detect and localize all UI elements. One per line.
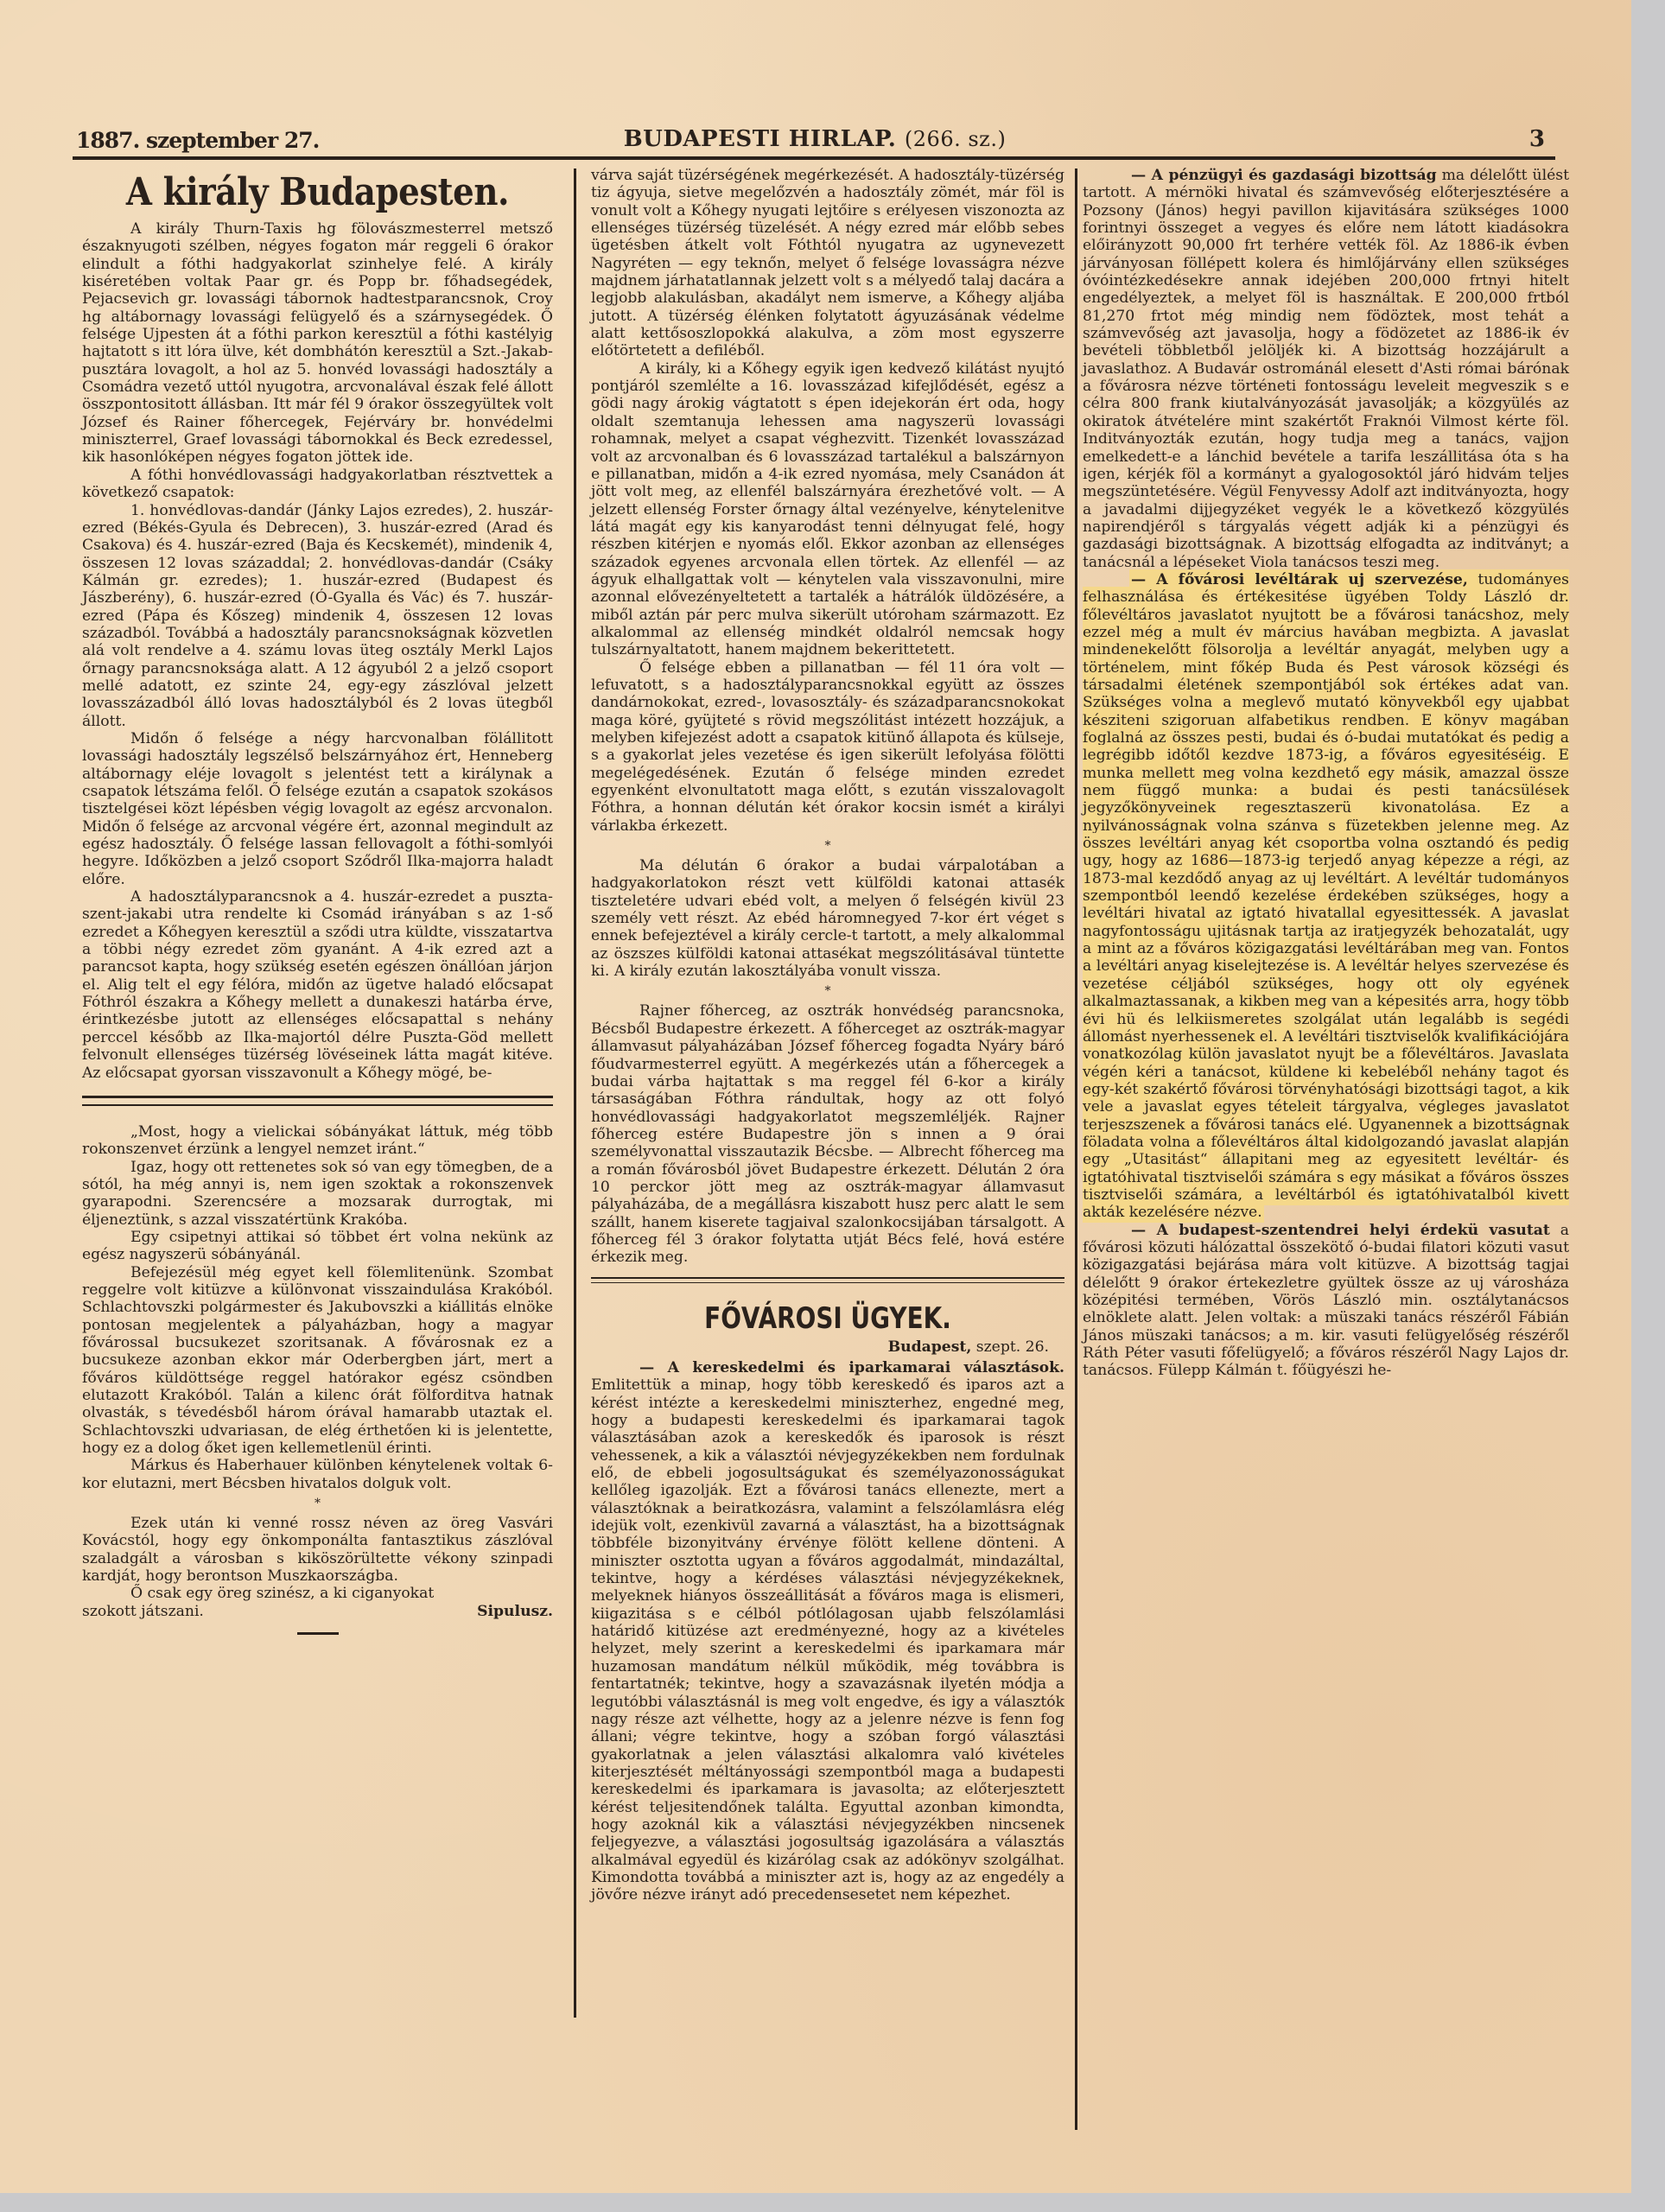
news-item-lead: — A fővárosi levéltárak uj szervezése, xyxy=(1131,571,1468,588)
feuilleton-paragraph: Ő csak egy öreg szinész, a ki ciganyokat xyxy=(82,1585,553,1602)
issue-number: (266. sz.) xyxy=(905,127,1006,151)
asterisk-divider: * xyxy=(82,1492,553,1515)
column-left: A király Budapesten. A király Thurn-Taxi… xyxy=(82,167,553,1647)
feuilleton-paragraph: Ezek után ki venné rossz néven az öreg V… xyxy=(82,1515,553,1585)
article-paragraph: Rajner főherceg, az osztrák honvédség pa… xyxy=(591,1002,1064,1266)
signoff-line: szokott játszani. Sipulusz. xyxy=(82,1603,553,1620)
feuilleton-paragraph: Igaz, hogy ott rettenetes sok só van egy… xyxy=(82,1159,553,1229)
article-paragraph: várva saját tüzérségének megérkezését. A… xyxy=(591,167,1064,360)
news-item: — A kereskedelmi és iparkamarai választá… xyxy=(591,1359,1064,1904)
page-number: 3 xyxy=(1529,126,1545,152)
asterisk-divider: * xyxy=(591,980,1064,1002)
section-title: FŐVÁROSI ÜGYEK. xyxy=(633,1299,1021,1338)
column-middle: várva saját tüzérségének megérkezését. A… xyxy=(591,167,1064,1904)
news-item-text: tudományes felhasználása és értékesitése… xyxy=(1083,571,1569,1221)
author-signature: Sipulusz. xyxy=(477,1603,553,1620)
dateline: Budapest, szept. 26. xyxy=(591,1338,1064,1356)
article-paragraph: A hadosztályparancsnok a 4. huszár-ezred… xyxy=(82,888,553,1082)
news-item: — A budapest-szentendrei helyi érdekü va… xyxy=(1083,1222,1569,1380)
news-item-text: a fővárosi közuti hálózattal összekötő ó… xyxy=(1083,1222,1569,1380)
masthead: 1887. szeptember 27. BUDAPESTI HIRLAP. (… xyxy=(76,121,1554,159)
news-item-lead: — A budapest-szentendrei helyi érdekü va… xyxy=(1131,1222,1550,1239)
section-separator xyxy=(591,1277,1064,1283)
last-line: szokott játszani. xyxy=(82,1603,204,1620)
column-divider xyxy=(574,168,576,2018)
article-paragraph: A király Thurn-Taxis hg fölovászmesterre… xyxy=(82,220,553,467)
article-paragraph: Ő felsége ebben a pillanatban — fél 11 ó… xyxy=(591,659,1064,835)
news-item: — A pénzügyi és gazdasági bizottság ma d… xyxy=(1083,167,1569,571)
article-paragraph: Midőn ő felsége a négy harcvonalban fölá… xyxy=(82,730,553,888)
article-paragraph: 1. honvédlovas-dandár (Jánky Lajos ezred… xyxy=(82,502,553,730)
article-paragraph: A fóthi honvédlovassági hadgyakorlatban … xyxy=(82,467,553,502)
article-paragraph: Ma délután 6 órakor a budai várpalotában… xyxy=(591,857,1064,980)
end-rule xyxy=(297,1632,339,1635)
article-paragraph: A király, ki a Kőhegy egyik igen kedvező… xyxy=(591,360,1064,659)
news-item-lead: — A pénzügyi és gazdasági bizottság xyxy=(1131,167,1437,184)
paper-title: BUDAPESTI HIRLAP. (266. sz.) xyxy=(76,126,1554,152)
highlight-mark: — A fővárosi levéltárak uj szervezése, t… xyxy=(1083,571,1569,1221)
newspaper-page: 1887. szeptember 27. BUDAPESTI HIRLAP. (… xyxy=(0,0,1631,2193)
asterisk-divider: * xyxy=(591,835,1064,857)
section-separator xyxy=(82,1096,553,1106)
news-item-lead: — A kereskedelmi és iparkamarai választá… xyxy=(639,1359,1064,1376)
paper-name: BUDAPESTI HIRLAP. xyxy=(624,126,897,152)
column-right: — A pénzügyi és gazdasági bizottság ma d… xyxy=(1083,167,1569,1380)
news-item-highlighted: — A fővárosi levéltárak uj szervezése, t… xyxy=(1083,571,1569,1222)
feuilleton-paragraph: „Most, hogy a vielickai sóbányákat láttu… xyxy=(82,1123,553,1159)
masthead-rule xyxy=(73,156,1555,160)
feuilleton-paragraph: Márkus és Haberhauer különben kénytelene… xyxy=(82,1457,553,1492)
dateline-date: szept. 26. xyxy=(976,1338,1049,1356)
feuilleton-paragraph: Egy csipetnyi attikai só többet ért voln… xyxy=(82,1229,553,1264)
feuilleton-paragraph: Befejezésül még egyet kell fölemlitenünk… xyxy=(82,1264,553,1458)
dateline-place: Budapest, xyxy=(888,1338,972,1356)
column-divider xyxy=(1075,168,1077,2130)
news-item-text: Emlitettük a minap, hogy több kereskedő … xyxy=(591,1376,1064,1904)
news-item-text: ma délelőtt ülést tartott. A mérnöki hiv… xyxy=(1083,167,1569,571)
article-headline: A király Budapesten. xyxy=(111,168,525,217)
